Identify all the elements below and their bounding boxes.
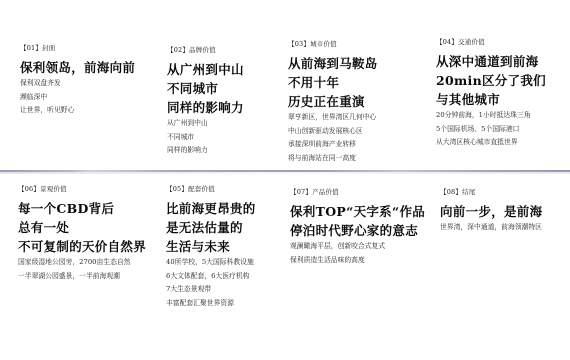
card-title-line: 比前海更昂贵的 — [166, 199, 256, 218]
card-body-line: 5个国际机场、5个国际港口 — [436, 123, 546, 137]
card-title-line: 保利TOP“天字系“作品 — [290, 202, 425, 221]
card-title-line: 与其他城市 — [436, 90, 546, 109]
card-08-ending: 【08】结尾 向前一步，是前海 世界湾，深中通道，前海领潮特区 — [440, 188, 542, 235]
card-body-line: 从广州到中山 — [167, 117, 244, 131]
card-body-line: 同样的影响力 — [167, 144, 244, 158]
card-title-line: 同样的影响力 — [167, 98, 244, 117]
card-title-line: 总有一处 — [18, 218, 146, 237]
card-01-cover: 【01】封面 保利领岛，前海向前 保利双盘齐发 濒临深中 让世界，听见野心 — [20, 44, 135, 118]
card-body-line: 将与前海站在同一高度 — [288, 152, 378, 166]
card-title-line: 不用十年 — [288, 73, 378, 92]
card-label: 【04】交通价值 — [436, 38, 546, 47]
card-title-line: 每一个CBD背后 — [18, 199, 146, 218]
card-body-line: 濒临深中 — [20, 91, 135, 105]
card-title-line: 保利领岛，前海向前 — [20, 58, 135, 77]
card-body-line: 从大湾区核心城市直抵世界 — [436, 136, 546, 150]
card-body-line: 中山创新驱动发展核心区 — [288, 125, 378, 139]
card-title-line: 从前海到马鞍岛 — [288, 54, 378, 73]
card-03-city-value: 【03】城市价值 从前海到马鞍岛 不用十年 历史正在重演 翠亨新区，世界湾区几何… — [288, 40, 378, 165]
card-label: 【02】品牌价值 — [167, 46, 244, 55]
card-body-line: 不同城市 — [167, 131, 244, 145]
card-body-line: 40所学校，5大国际科教设施 — [166, 256, 256, 270]
card-body-line: 7大生态景观带 — [166, 283, 256, 297]
card-body-line: 保利质造生活品味的高度 — [290, 254, 425, 268]
card-title-line: 不可复制的天价自然界 — [18, 237, 146, 256]
card-label: 【08】结尾 — [440, 188, 542, 197]
card-label: 【05】配套价值 — [166, 185, 256, 194]
card-title-line: 从深中通道到前海 — [436, 52, 546, 71]
card-title-line: 向前一步，是前海 — [440, 202, 542, 221]
section-divider-shadow — [0, 172, 570, 174]
card-title-line: 是无法估量的 — [166, 218, 256, 237]
card-04-transport-value: 【04】交通价值 从深中通道到前海 20min区分了我们 与其他城市 20分钟前… — [436, 38, 546, 150]
card-label: 【01】封面 — [20, 44, 135, 53]
card-title-line: 历史正在重演 — [288, 92, 378, 111]
card-body-line: 承接深圳前海产业转移 — [288, 138, 378, 152]
card-body-line: 国家级湿地公园旁，2700亩生态自然 — [18, 256, 146, 270]
card-title-line: 20min区分了我们 — [436, 71, 546, 90]
card-body-line: 6大文体配套，6大医疗机构 — [166, 270, 256, 284]
card-body-line: 让世界，听见野心 — [20, 104, 135, 118]
card-body-line: 世界湾，深中通道，前海领潮特区 — [440, 221, 542, 235]
card-label: 【03】城市价值 — [288, 40, 378, 49]
card-label: 【06】景观价值 — [18, 185, 146, 194]
card-07-product-value: 【07】产品价值 保利TOP“天字系“作品 停泊时代野心家的意志 观澜瞰海平层，… — [290, 188, 425, 267]
card-title-line: 生活与未来 — [166, 237, 256, 256]
card-06-landscape-value: 【06】景观价值 每一个CBD背后 总有一处 不可复制的天价自然界 国家级湿地公… — [18, 185, 146, 283]
card-body-line: 一半翠湖公园盛景，一半前海观潮 — [18, 270, 146, 284]
card-title-line: 不同城市 — [167, 79, 244, 98]
card-02-brand-value: 【02】品牌价值 从广州到中山 不同城市 同样的影响力 从广州到中山 不同城市 … — [167, 46, 244, 158]
card-label: 【07】产品价值 — [290, 188, 425, 197]
card-body-line: 翠亨新区，世界湾区几何中心 — [288, 111, 378, 125]
card-body-line: 丰富配套汇聚世界资源 — [166, 297, 256, 311]
card-title-line: 停泊时代野心家的意志 — [290, 221, 425, 240]
card-title-line: 从广州到中山 — [167, 60, 244, 79]
card-body-line: 20分钟前海，1小时抵达珠三角 — [436, 109, 546, 123]
card-05-amenity-value: 【05】配套价值 比前海更昂贵的 是无法估量的 生活与未来 40所学校，5大国际… — [166, 185, 256, 310]
card-body-line: 观澜瞰海平层，创新咬合式复式 — [290, 240, 425, 254]
card-body-line: 保利双盘齐发 — [20, 77, 135, 91]
